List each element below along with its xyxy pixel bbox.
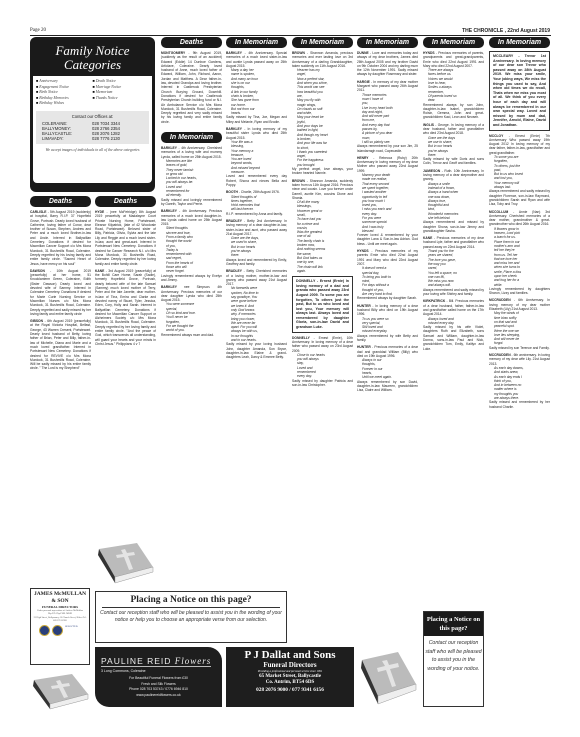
notice-text: - (nee McFetridge) 8th August 2019 peace… — [95, 210, 156, 266]
notice-signoff: Lovingly remembered by daughters Sharon,… — [489, 287, 550, 295]
pj-dallat-funeral-ad: P J Dallat and Sons Funeral Directors Pr… — [226, 647, 354, 707]
title-line-1: Family Notice — [33, 44, 152, 58]
notice-entry: BARKLEY - 4th Anniversary. Special memor… — [226, 51, 287, 124]
section-header-in-memoriam: In Memoriam — [489, 37, 550, 48]
office-name: LIMAVADY: — [42, 136, 92, 141]
notice-entry: HYNDS - Precious memories of parents, gr… — [423, 51, 484, 120]
notice-verse: Your life was a blessing, Your memory a … — [226, 140, 287, 174]
ad-badges: SELECTED — [33, 625, 87, 636]
notice-signoff: Sadly missed by Tina, Joe, Megan and Mil… — [226, 115, 287, 123]
notice-signoff: Forever loved & remembered by your daugh… — [357, 233, 418, 246]
column-memoriam-4: In Memoriam BARKLEY - 4th Anniversary. S… — [226, 37, 287, 590]
notice-entry: HENRY - Rebecca (Ruby) 20th Anniversary … — [357, 156, 418, 246]
pj-name: P J Dallat and Sons — [226, 649, 354, 661]
column-deaths-2: Deaths HYDE - (nee McFetridge) 8th Augus… — [95, 196, 156, 540]
notice-verse: Thank you for the years we shared, The l… — [423, 249, 484, 288]
notice-entry: DUNNE - Love and memories today and alwa… — [357, 51, 418, 77]
section-header-deaths: Deaths — [30, 196, 91, 207]
ad-name-2: & SON — [33, 598, 87, 605]
crest-icon — [39, 625, 50, 636]
notice-entry: BRADLEY - Betty 2nd Anniversary. In lovi… — [226, 219, 287, 266]
boxed-notice: MCCLEARY - Trevor 1st Anniversary. In lo… — [489, 51, 550, 131]
notice-surname: BOOTH — [226, 190, 238, 194]
notice-entry: BROWN - Shannon Amanda, suddenly taken f… — [292, 179, 353, 274]
placing-narrow-title: Placing a Notice on this page? — [424, 612, 483, 636]
bible-icon — [358, 650, 418, 706]
notice-entry: BARKLEY - 4th Anniversary. Cherished mem… — [161, 146, 222, 206]
notice-signoff: Sadly missed by your loving husband John… — [226, 342, 287, 359]
ad-detail: Under personal supervision of Andrew McM… — [33, 610, 87, 616]
notice-verse: Silent thoughts of times together, Hold … — [226, 195, 287, 212]
placing-narrow-body: Contact our reception staff who will be … — [424, 636, 483, 673]
notice-text: - 5th August 2019 (suddenly) at hospital… — [30, 210, 91, 266]
section-header-in-memoriam: In Memoriam — [292, 37, 353, 48]
mcmullan-funeral-ad: JAMES McMULLAN & SON FUNERAL DIRECTORS U… — [30, 588, 90, 665]
notice-entry: DONNELLY - Ernest (Ernie), 10th Annivers… — [292, 336, 353, 388]
placing-title: Placing a Notice on this page? — [102, 592, 280, 608]
notice-entry: INGLIS - George. In loving memory of a d… — [423, 123, 484, 166]
column-memoriam-6: In Memoriam DUNNE - Love and memories to… — [357, 37, 418, 645]
notice-verse: To some you are forgotten, To others, ju… — [489, 155, 550, 189]
notice-verse: Of all the many blessings, However great… — [292, 200, 353, 273]
notice-verse: Always in our thoughts, Forever in our h… — [357, 358, 418, 379]
section-header-deaths: Deaths — [95, 196, 156, 207]
notice-signoff: Sadly missed by wife Doris and sons Coli… — [423, 157, 484, 165]
category-item: Birthday Wishes — [36, 101, 93, 107]
offices-title: Contact our Offices at: — [42, 114, 143, 119]
notice-entry: BRADLEY - Betty Cherished memories of a … — [226, 269, 287, 359]
notice-signoff: Always remembered and missed by daughter… — [423, 220, 484, 233]
notice-text: - 10th August 2019 (peacefully) at her h… — [30, 269, 91, 316]
notice-verse: Mammy your death made me realise, That e… — [357, 173, 418, 233]
notice-entry: MONTGOMERY - 9th August 2019, (suddenly … — [161, 51, 222, 124]
notice-entry: BOOTH - Charlie, 28th August 1976.Silent… — [226, 190, 287, 216]
notice-signoff: Always remembered by son David, daughter… — [357, 380, 418, 393]
section-header-deaths: Deaths — [161, 37, 222, 48]
notice-verse: Memories are like leaves of gold, They n… — [161, 159, 222, 198]
column-memoriam-7: In Memoriam HYNDS - Precious memories of… — [423, 37, 484, 608]
notice-entry: CARLISLE - 5th August 2019 (suddenly) at… — [30, 210, 91, 266]
page-number: Page 20 — [30, 28, 46, 33]
title-line-2: Categories — [33, 58, 152, 72]
notice-signoff: Always loved and remembered by Emily, Ge… — [226, 258, 287, 266]
offices-contact: Contact our Offices at: COLERAINE:028 70… — [36, 111, 149, 144]
category-item: Thanks Notice — [93, 96, 150, 102]
notice-signoff: Lovingly remembered always by Evelyn and… — [161, 274, 222, 282]
notice-verse: May the winds of time blow softly on tha… — [489, 311, 550, 345]
pj-subtitle: Funeral Directors — [226, 661, 354, 669]
pj-phones: 028 2076 9000 / 077 9341 6156 — [226, 686, 354, 694]
column-deaths-3: Deaths MONTGOMERY - 9th August 2019, (su… — [161, 37, 222, 590]
notice-verse: Close to our hearts you will always stay… — [292, 353, 353, 379]
notice-signoff: Remembered always by daughter Sarah. — [357, 296, 417, 300]
notice-signoff: Sadly missed by his wife Violet, daughte… — [423, 325, 484, 350]
notice-verse: Always loved and missed every day. — [423, 317, 484, 326]
placing-body: Contact our reception staff who will be … — [96, 608, 286, 624]
header-rule — [30, 35, 551, 36]
notice-entry: GIBSON - 6th August 2019 (peacefully) at… — [30, 319, 91, 371]
notice-text: - 6th August 2019 (peacefully) at the Ro… — [30, 319, 91, 370]
notice-signoff: Always remembered by wife Betty and fami… — [357, 334, 418, 342]
boxed-notice: DONNELLY - Ernest (Ernie) In loving memo… — [292, 276, 353, 333]
ad-address: 22 High Street, Ballymoney 18 Church Str… — [33, 617, 87, 623]
association-logo-icon — [52, 625, 63, 636]
notice-entry: HARGIE - In memory of my dear mother Mar… — [357, 80, 418, 153]
notice-entry: MCCRUDDEN - 6th anniversary. In loving m… — [489, 353, 550, 409]
notice-signoff: Always remembered and sadly missed by yo… — [423, 288, 484, 296]
pauline-address: 3 Long Commons, Coleraine — [101, 669, 216, 673]
notice-signoff: Sadly missed by daughter Patricia and so… — [292, 379, 353, 387]
pauline-contact: For Beautiful Funeral Flowers from £30 F… — [101, 676, 216, 698]
notice-signoff: My perfect angel, love always, your brok… — [292, 167, 353, 175]
selected-badge: SELECTED — [65, 625, 81, 636]
notice-signoff: Remembered always by son John, daughter-… — [423, 103, 484, 120]
notice-entry: KANE - Precious memories of my dear husb… — [423, 236, 484, 296]
notice-entry: BROWN - Shannon Amanda, precious memorie… — [292, 51, 353, 176]
notice-entry: MCCOLLUM - Annie (Nan) 3rd Anniversary. … — [489, 210, 550, 296]
notice-text: - 9th August 2019, (suddenly as the resu… — [161, 51, 222, 124]
notice-entry: KIRKPATRICK - Bill. Precious memories of… — [423, 299, 484, 351]
notice-entry: BARKLEY - In loving memory of my beautif… — [226, 127, 287, 187]
notice-text: - Charlie, 28th August 1976. — [238, 190, 280, 194]
notice-verse: There are always faces before us. Voices… — [423, 68, 484, 102]
pauline-reid-flowers-ad: PAULINE REID Flowers 3 Long Commons, Col… — [95, 647, 222, 707]
section-header-in-memoriam: In Memoriam — [226, 37, 287, 48]
notice-text: - Love and memories today and always of … — [357, 51, 418, 76]
section-header-in-memoriam: In Memoriam — [161, 132, 222, 143]
placing-notice-wide-ad: Placing a Notice on this page? Contact o… — [95, 591, 287, 643]
notice-entry: HUNTER - Precious memories of a dear dad… — [357, 345, 418, 392]
category-list: Anniversary Death Notice Engagement Noti… — [36, 79, 149, 107]
family-box-title: Family Notice Categories — [33, 40, 152, 72]
office-phone: 028 7776 2130 — [92, 136, 120, 141]
notice-verse: Silent thoughts sincere and true, From a… — [161, 226, 222, 273]
notice-verse: It doesn't need a special day, To bring … — [357, 266, 418, 296]
notice-entry: HYNDS - Precious memories of my parents … — [357, 249, 418, 301]
notice-signoff: R.I.P. remembered by Anna and family. — [226, 212, 283, 216]
notice-signoff: Sadly missed and remembered by her husba… — [489, 400, 550, 408]
publication-date: THE CHRONICLE , 22nd August 2019 — [462, 28, 550, 34]
notice-entry: BARKLEY - 4th Anniversary. Precious memo… — [161, 209, 222, 282]
notice-signoff: Always remembered and sadly missed by da… — [489, 189, 550, 206]
pauline-name: PAULINE REID Flowers — [101, 656, 211, 667]
notice-verse: If flowers grow in heaven, Lord pick a b… — [489, 227, 550, 287]
notice-signoff: Loved and remembered every day Robert, S… — [226, 174, 287, 187]
notice-signoff: Sadly missed and lovingly remembered by … — [161, 198, 222, 206]
notice-entry: DAWSON - 10th August 2019 (peacefully) a… — [30, 269, 91, 316]
section-header-in-memoriam: In Memoriam — [423, 37, 484, 48]
ad-name: JAMES McMULLAN — [33, 591, 87, 598]
notice-entry: KANE - 3rd August 2019 (peacefully) at t… — [95, 269, 156, 346]
notice-entry: HUNTER - In loving memory of a dear husb… — [357, 304, 418, 343]
notice-verse: Gone are the days we use to share, But i… — [423, 136, 484, 157]
notice-verse: Gone are the days, we used to share, But… — [226, 236, 287, 257]
accept-images-note: We accept images of individuals in all o… — [36, 148, 149, 153]
notice-verse: As each day dawns, And starts anew, As e… — [489, 366, 550, 400]
placing-notice-narrow-ad: Placing a Notice on this page? Contact o… — [423, 611, 484, 707]
family-notice-categories-box: Family Notice Categories Anniversary Dea… — [30, 37, 155, 192]
office-row: LIMAVADY:028 7776 2130 — [42, 136, 143, 141]
pauline-script: Flowers — [175, 656, 212, 666]
notice-text: - 3rd August 2019 (peacefully) at the Bo… — [95, 269, 156, 346]
column-memoriam-5: In Memoriam BROWN - Shannon Amanda, prec… — [292, 37, 353, 645]
notice-verse: Many a day her name is spoken, And many … — [226, 68, 287, 115]
notice-verse: No farewells were spoken, No time to say… — [226, 286, 287, 342]
pauline-website-link[interactable]: www.paulinereidflowers.co.uk — [101, 693, 216, 699]
notice-verse: To us you were so very special, Still lo… — [357, 317, 418, 334]
notice-entry: HYDE - (nee McFetridge) 8th August 2019 … — [95, 210, 156, 266]
notice-signoff: Remembered always mum and dad. — [161, 333, 214, 337]
notice-signoff: Always remembered by your son Jim, 25 Is… — [357, 144, 418, 152]
notice-verse: Always a smile instead of a frown, Alway… — [423, 182, 484, 221]
pauline-brand: PAULINE REID — [101, 656, 171, 666]
column-deaths-1: Deaths CARLISLE - 5th August 2019 (sudde… — [30, 196, 91, 590]
notice-text: - Precious memories of my dear husband L… — [423, 236, 484, 249]
notice-entry: JAMIESON - Ruth. 10th Anniversary. In lo… — [423, 169, 484, 233]
column-memoriam-8: In Memoriam MCCLEARY - Trevor 1st Annive… — [489, 37, 550, 710]
section-header-in-memoriam: In Memoriam — [357, 37, 418, 48]
notice-verse: Those memories mum I have of you, Live i… — [357, 93, 418, 145]
notice-verse: You were someone special, Oh so kind and… — [161, 302, 222, 332]
ad-subtitle: FUNERAL DIRECTORS — [33, 605, 87, 609]
family-box-inner: Anniversary Death Notice Engagement Noti… — [33, 76, 152, 183]
bible-icon — [30, 672, 90, 710]
notice-verse: Heaven has my angel, Now a perfect star,… — [292, 68, 353, 167]
notice-entry: MCCLOY - Ernest (Ernie) 7th Anniversary … — [489, 134, 550, 207]
notice-entry: BARKLEY nee Simpson. 4th Anniversary. Pr… — [161, 285, 222, 337]
bible-icon — [95, 541, 155, 585]
notice-signoff: Sadly missed by son Terence and Family. — [489, 346, 550, 350]
notice-entry: MCCRUDDEN - 6th Anniversary. In loving m… — [489, 298, 550, 350]
